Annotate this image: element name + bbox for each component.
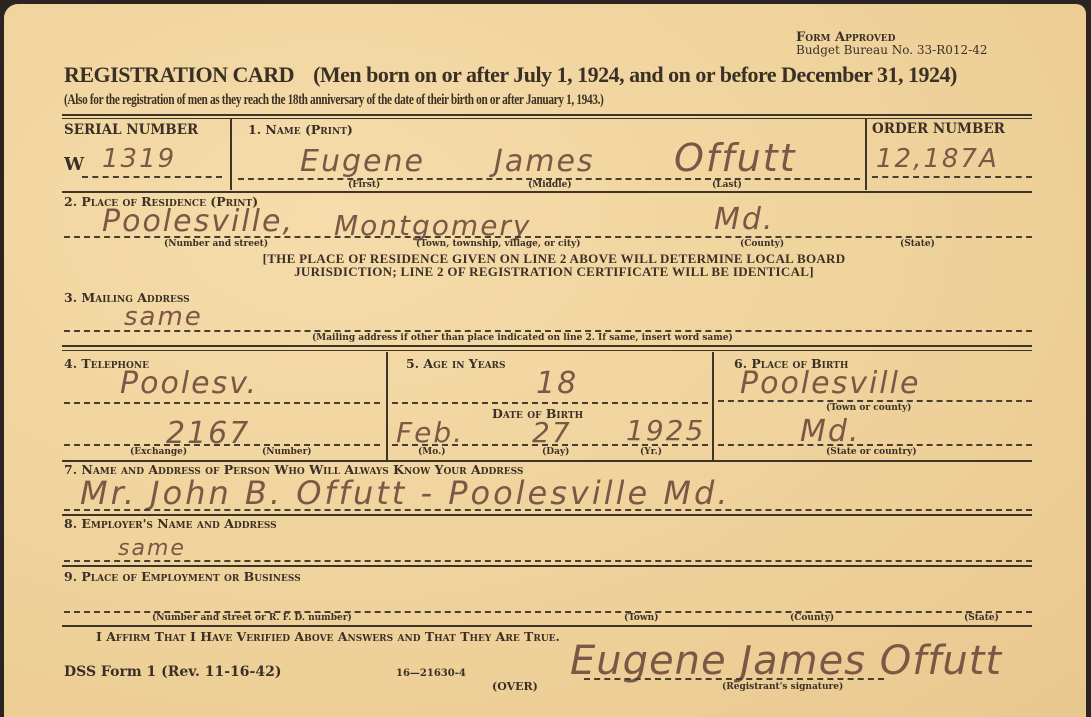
form-id: DSS Form 1 (Rev. 11-16-42) (64, 664, 281, 680)
residence-county-value[interactable]: Md. (714, 202, 774, 237)
serial-number-label: SERIAL NUMBER (64, 122, 198, 138)
name-label: 1. Name (Print) (248, 122, 353, 137)
divider (62, 114, 1032, 116)
residence-state-caption: (State) (900, 239, 935, 249)
middle-name-value[interactable]: James (494, 144, 595, 179)
residence-field-line (64, 236, 1032, 238)
serial-field-line (82, 176, 222, 178)
birth-town-value[interactable]: Poolesville (740, 366, 920, 401)
divider (62, 625, 1032, 627)
birth-town-line (718, 400, 1032, 402)
divider (62, 345, 1032, 347)
birth-state-line (718, 444, 1032, 446)
order-number-label: ORDER NUMBER (872, 121, 1005, 137)
telephone-exchange-line (64, 402, 380, 404)
residence-street-value[interactable]: Poolesville, (102, 204, 294, 239)
mailing-address-value[interactable]: same (124, 302, 203, 332)
employment-town-caption: (Town) (624, 613, 658, 623)
serial-number-value[interactable]: 1319 (102, 144, 176, 174)
exchange-caption: (Exchange) (130, 447, 187, 457)
employment-label: 9. Place of Employment or Business (64, 569, 301, 584)
dob-field-line (392, 444, 708, 446)
budget-bureau-number: Budget Bureau No. 33-R012-42 (796, 43, 987, 57)
first-caption: (First) (348, 180, 380, 190)
registration-card: Form Approved Budget Bureau No. 33-R012-… (4, 4, 1086, 717)
divider (712, 352, 714, 460)
last-caption: (Last) (712, 180, 742, 190)
divider (62, 191, 1032, 193)
employment-state-caption: (State) (964, 613, 999, 623)
divider (386, 352, 388, 460)
employment-street-caption: (Number and street or R. F. D. number) (152, 613, 352, 623)
telephone-exchange-value[interactable]: Poolesv. (120, 366, 258, 401)
affirmation-text: I Affirm That I Have Verified Above Answ… (96, 629, 560, 644)
also-note: (Also for the registration of men as the… (64, 92, 603, 109)
serial-prefix: W (64, 154, 84, 175)
divider (865, 118, 867, 190)
first-name-value[interactable]: Eugene (300, 144, 425, 179)
number-caption: (Number) (262, 447, 312, 457)
dob-month-caption: (Mo.) (418, 447, 445, 457)
employer-field-line (64, 560, 1032, 562)
jurisdiction-notice: [THE PLACE OF RESIDENCE GIVEN ON LINE 2 … (134, 252, 974, 278)
mailing-field-line (64, 330, 1032, 332)
divider (62, 565, 1032, 567)
employment-county-caption: (County) (790, 613, 834, 623)
card-subtitle: (Men born on or after July 1, 1924, and … (313, 62, 957, 87)
mailing-caption: (Mailing address if other than place ind… (312, 333, 733, 343)
print-code: 16—21630-4 (396, 668, 466, 679)
dob-year-caption: (Yr.) (640, 447, 662, 457)
residence-town-caption: (Town, township, village, or city) (416, 239, 581, 249)
employer-label: 8. Employer's Name and Address (64, 516, 277, 531)
birth-town-caption: (Town or county) (826, 403, 911, 413)
signature-caption: (Registrant's signature) (722, 682, 843, 692)
age-value[interactable]: 18 (536, 366, 578, 401)
divider (62, 118, 1032, 119)
order-field-line (872, 176, 1032, 178)
contact-value[interactable]: Mr. John B. Offutt - Poolesville Md. (80, 474, 730, 512)
divider (230, 118, 232, 190)
divider (62, 350, 1032, 351)
age-label: 5. Age in Years (406, 356, 506, 371)
over-indicator: (OVER) (492, 680, 538, 693)
card-title: REGISTRATION CARD (64, 62, 294, 87)
dob-day-caption: (Day) (542, 447, 569, 457)
card-title-line: REGISTRATION CARD (Men born on or after … (64, 62, 957, 88)
telephone-number-line (64, 444, 380, 446)
residence-street-caption: (Number and street) (164, 239, 268, 249)
birth-state-caption: (State or country) (826, 447, 917, 457)
contact-field-line (64, 509, 1032, 511)
middle-caption: (Middle) (528, 180, 572, 190)
order-number-value[interactable]: 12,187A (876, 144, 999, 174)
residence-county-caption: (County) (740, 239, 784, 249)
signature-line (584, 678, 884, 680)
last-name-value[interactable]: Offutt (674, 136, 797, 180)
age-field-line (392, 402, 708, 404)
employer-value[interactable]: same (118, 536, 186, 561)
dob-year-value[interactable]: 1925 (626, 414, 705, 447)
